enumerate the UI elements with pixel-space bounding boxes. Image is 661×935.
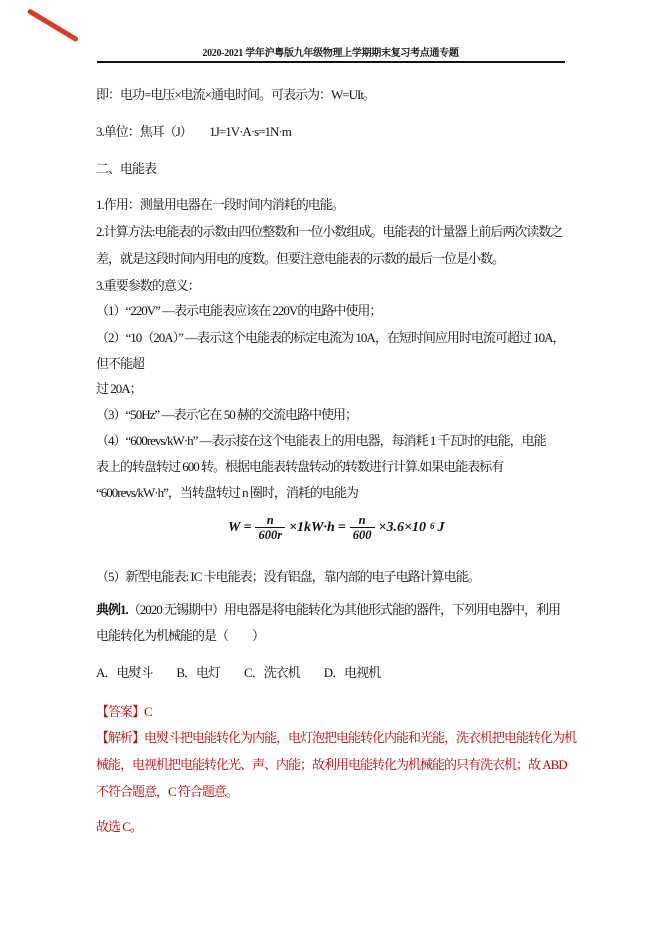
example-question-line-1: 典例1.（2020 无锡期中）用电器是将电能转化为其他形式能的器件，下列用电器中…	[96, 601, 560, 618]
formula-lhs: W	[228, 520, 240, 536]
body-line-param-10-20a-3: 过 20A；	[96, 380, 142, 397]
formula-denominator-1: 600r	[255, 527, 285, 542]
body-line-param-600revs-1: （4）“600revs/kW·h” —表示接在这个电能表上的用电器，每消耗 1 …	[96, 432, 546, 449]
energy-formula: W = n 600r ×1kW·h = n 600 ×3.6×106 J	[228, 513, 444, 543]
formula-times-kwh: ×1kW·h	[289, 520, 335, 536]
analysis-line-1: 【解析】电熨斗把电能转化为内能，电灯泡把电能转化内能和光能，洗衣机把电能转化为机	[96, 729, 576, 746]
body-line-ic-card-meter: （5）新型电能表: IC 卡电能表；没有铝盘，靠内部的电子电路计算电能。	[96, 568, 480, 585]
conclusion-line: 故选 C。	[96, 818, 142, 835]
body-line-param-10-20a-2: 但不能超	[96, 355, 144, 372]
body-line-param-10-20a-1: （2）“10（20A）” —表示这个电能表的标定电流为 10A，在短时间应用时电…	[96, 329, 564, 346]
options-line: A．电熨斗 B．电灯 C．洗衣机 D．电视机	[96, 664, 380, 681]
body-line-calc-method-2: 差，就是这段时间内用电的度数。但要注意电能表的示数的最后一位是小数。	[96, 250, 504, 267]
document-page: 2020-2021 学年沪粤版九年级物理上学期期末复习考点通专题 即：电功=电压…	[0, 0, 661, 935]
page-header-title: 2020-2021 学年沪粤版九年级物理上学期期末复习考点通专题	[0, 44, 661, 59]
analysis-line-2: 械能，电视机把电能转化光、声、内能；故利用电能转化为机械能的只有洗衣机；故 AB…	[96, 756, 567, 773]
body-line-param-600revs-3: “600revs/kW·h”，当转盘转过 n 圈时，消耗的电能为	[96, 484, 358, 501]
formula-numerator-2: n	[356, 513, 369, 527]
formula-times-36e6: ×3.6×10	[379, 520, 426, 536]
page-header-rule	[97, 61, 565, 63]
formula-fraction-1: n 600r	[255, 513, 285, 543]
formula-unit-joule: J	[437, 520, 444, 536]
formula-numerator-1: n	[264, 513, 277, 527]
example-question-text: （2020 无锡期中）用电器是将电能转化为其他形式能的器件，下列用电器中，利用	[128, 602, 560, 617]
example-label: 典例1.	[96, 602, 128, 617]
formula-exponent: 6	[430, 521, 435, 531]
red-pen-corner-mark	[27, 8, 79, 42]
formula-denominator-2: 600	[350, 527, 375, 542]
body-line-purpose: 1.作用：测量用电器在一段时间内消耗的电能。	[96, 196, 344, 213]
body-line-param-50hz: （3）“50Hz” —表示它在 50 赫的交流电路中使用；	[96, 406, 357, 423]
answer-line: 【答案】C	[96, 703, 152, 720]
body-line-electric-work-formula: 即：电功=电压×电流×通电时间。可表示为：W=UIt。	[96, 86, 375, 103]
example-question-line-2: 电能转化为机械能的是（ ）	[96, 627, 264, 644]
body-line-param-220v: （1）“220V” —表示电能表应该在 220V的电路中使用；	[96, 302, 381, 319]
body-line-unit-joule: 3.单位：焦耳（J） 1J=1V·A·s=1N·m	[96, 123, 291, 140]
formula-fraction-2: n 600	[350, 513, 375, 543]
analysis-line-3: 不符合题意，C 符合题意。	[96, 783, 238, 800]
formula-equals: =	[243, 520, 251, 536]
body-line-param-600revs-2: 表上的转盘转过 600 转。根据电能表转盘转动的转数进行计算.如果电能表标有	[96, 458, 503, 475]
section-heading-energy-meter: 二、电能表	[96, 160, 156, 177]
body-line-calc-method-1: 2.计算方法:电能表的示数由四位整数和一位小数组成。电能表的计量器上前后两次读数…	[96, 223, 562, 240]
formula-equals-2: =	[338, 520, 346, 536]
body-line-important-params: 3.重要参数的意义：	[96, 277, 200, 294]
